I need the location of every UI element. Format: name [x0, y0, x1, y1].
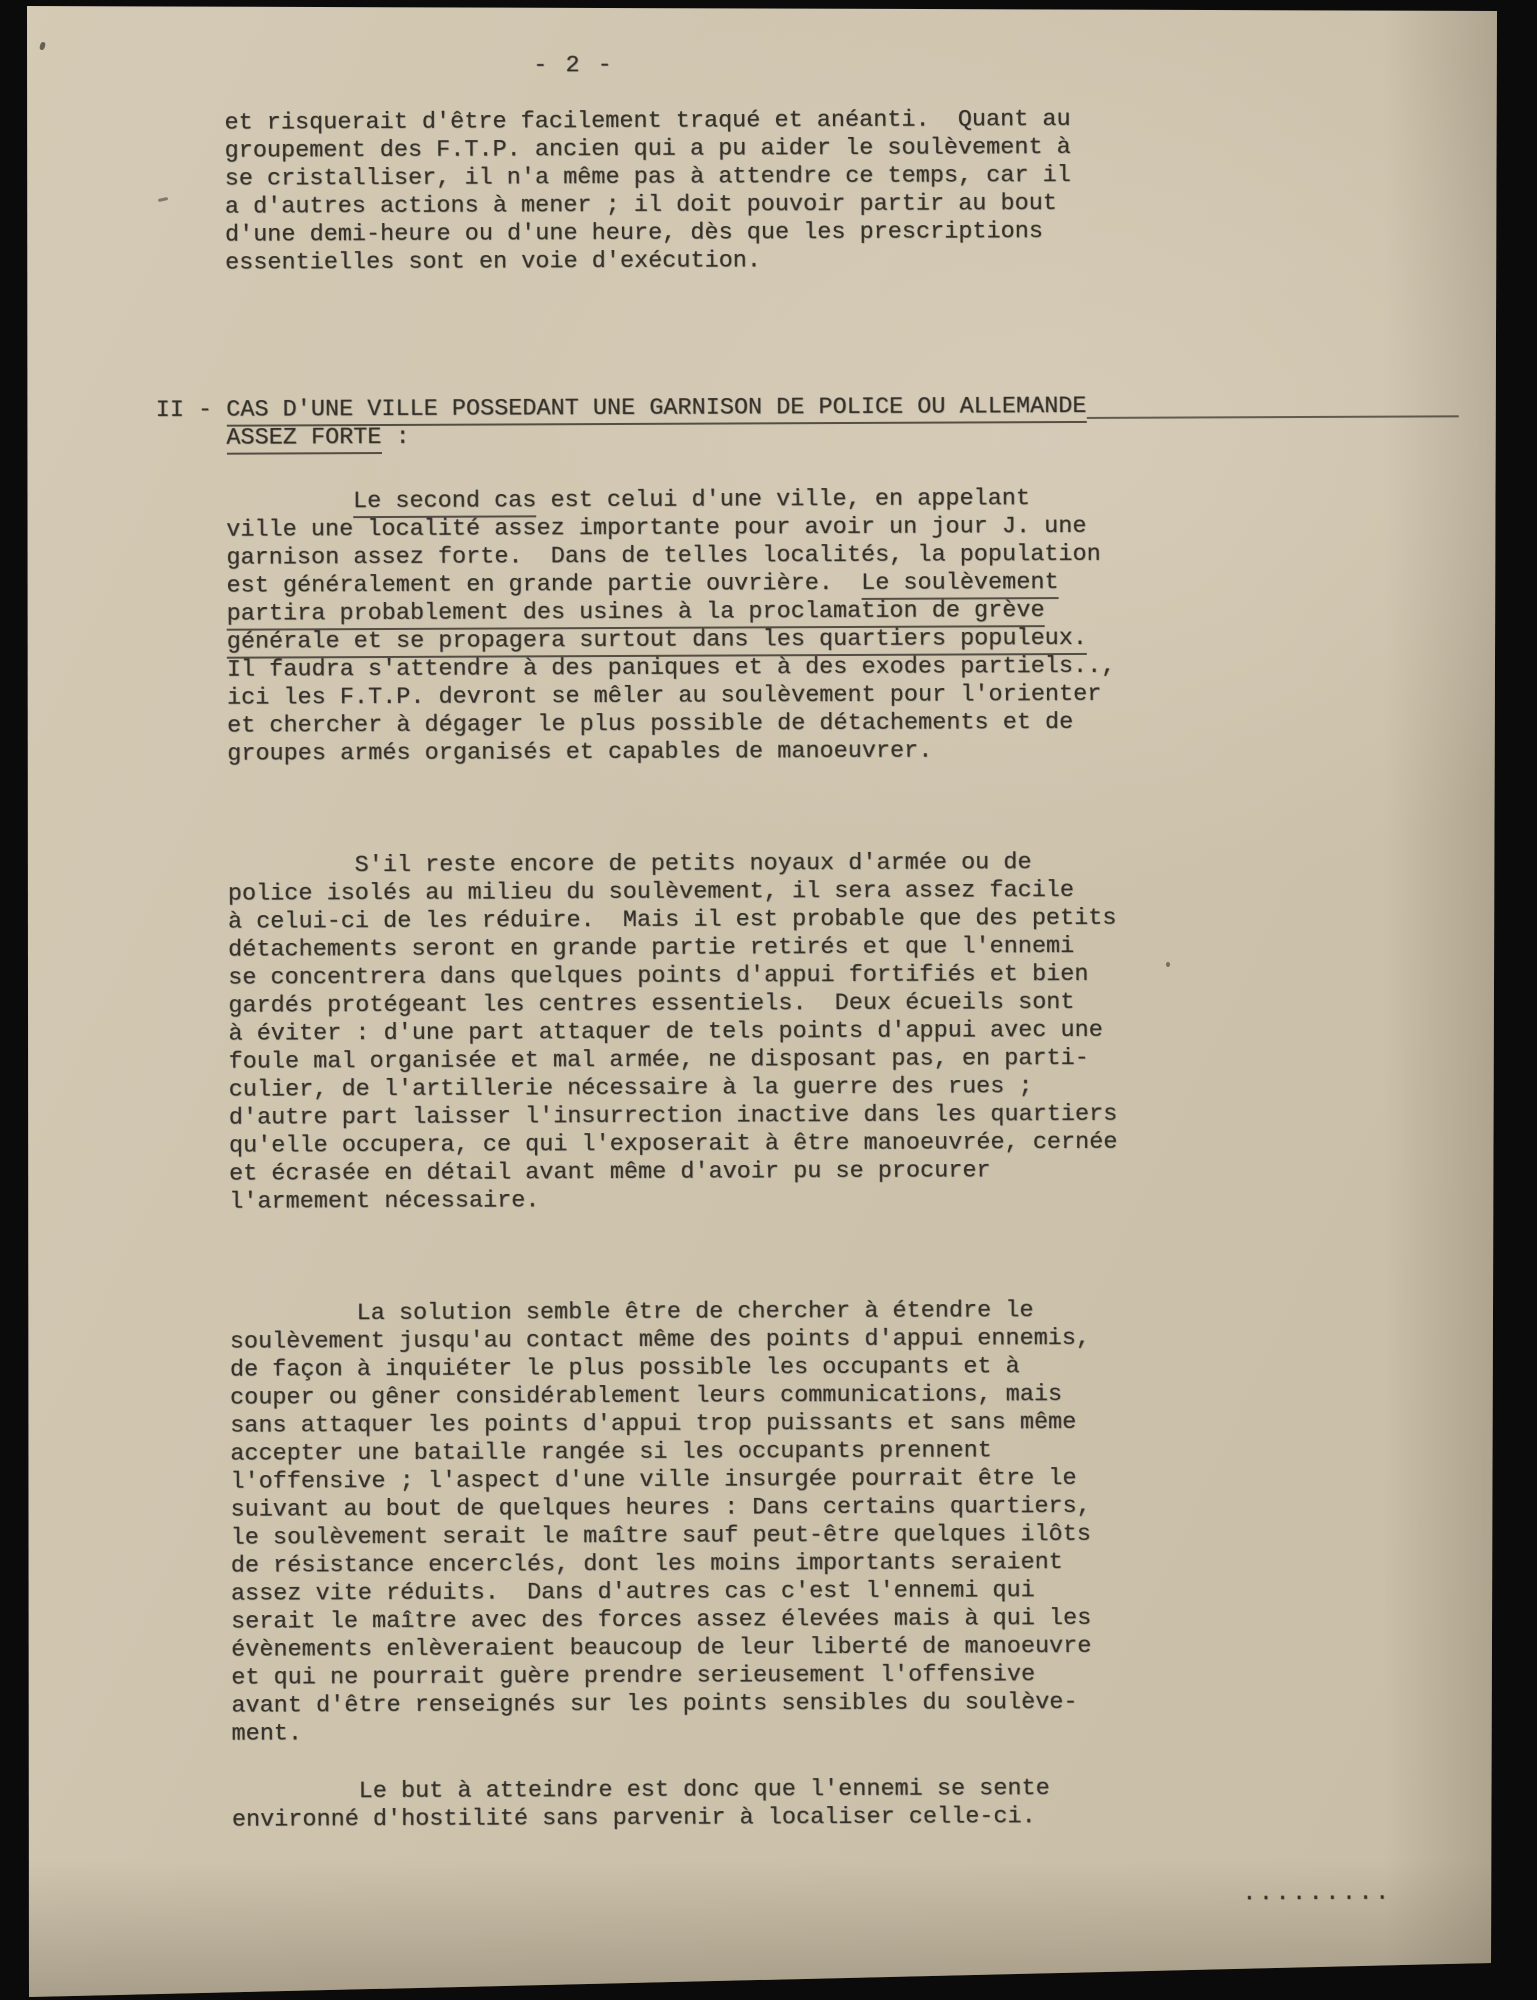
text-segment: : — [381, 424, 409, 451]
text-segment: ment. — [231, 1720, 302, 1747]
text-segment: et chercher à dégager le plus possible d… — [227, 709, 1073, 740]
text-segment: se concentrera dans quelques points d'ap… — [228, 961, 1088, 992]
text-segment: II - — [156, 397, 227, 424]
text-segment: est généralement en grande partie ouvriè… — [226, 570, 861, 600]
page-number: - 2 - — [533, 48, 1497, 80]
text-segment: qu'elle occupera, ce qui l'exposerait à … — [229, 1129, 1118, 1160]
paragraph-4: La solution semble être de chercher à ét… — [230, 1295, 1505, 1749]
section-heading: II - CAS D'UNE VILLE POSSEDANT UNE GARNI… — [156, 391, 1499, 453]
text-segment: ici les F.T.P. devront se mêler au soulè… — [227, 681, 1101, 712]
text-segment: détachements seront en grande partie ret… — [228, 933, 1074, 964]
text-segment: couper ou gêner considérablement leurs c… — [230, 1381, 1062, 1412]
text-segment: l'armement nécessaire. — [229, 1187, 539, 1215]
text-line: ASSEZ FORTE : — [156, 419, 1499, 453]
text-segment: S'il reste encore de petits noyaux d'arm… — [228, 849, 1032, 880]
text-segment: serait le maître avec des forces assez é… — [231, 1605, 1091, 1636]
text-line: groupes armés organisés et capables de m… — [227, 735, 1500, 769]
text-segment: foule mal organisée et mal armée, ne dis… — [229, 1045, 1089, 1076]
text-segment: avant d'être renseignés sur les points s… — [231, 1689, 1077, 1720]
text-line: II - CAS D'UNE VILLE POSSEDANT UNE GARNI… — [156, 391, 1499, 425]
paragraph-5: Le but à atteindre est donc que l'ennemi… — [232, 1773, 1505, 1835]
text-segment: à éviter : d'une part attaquer de tels p… — [228, 1017, 1102, 1048]
document-body: - 2 - et risquerait d'être facilement tr… — [26, 2, 1505, 1913]
paragraph-2: Le second cas est celui d'une ville, en … — [226, 483, 1500, 769]
text-segment: gardés protégeant les centres essentiels… — [228, 989, 1074, 1020]
text-segment — [226, 488, 353, 516]
text-segment: La solution semble être de chercher à ét… — [230, 1297, 1034, 1328]
text-line: essentielles sont en voie d'exécution. — [225, 244, 1498, 278]
scanned-page: - 2 - et risquerait d'être facilement tr… — [0, 0, 1537, 2000]
text-segment: essentielles sont en voie d'exécution. — [225, 247, 761, 276]
underlined-text: CAS D'UNE VILLE POSSEDANT UNE GARNISON D… — [226, 393, 1086, 427]
text-line: environné d'hostilité sans parvenir à lo… — [232, 1801, 1505, 1835]
text-segment: Le but à atteindre est donc que l'ennemi… — [232, 1775, 1050, 1806]
text-segment: Il faudra s'attendre à des paniques et à… — [227, 653, 1116, 684]
text-segment: garnison assez forte. Dans de telles loc… — [226, 541, 1100, 572]
text-segment: ville une localité assez importante pour… — [226, 513, 1086, 544]
text-segment: évènements enlèveraient beaucoup de leur… — [231, 1633, 1091, 1664]
text-segment: a d'autres actions à mener ; il doit pou… — [225, 190, 1057, 221]
text-segment: de façon à inquiéter le plus possible le… — [230, 1353, 1020, 1383]
text-segment: culier, de l'artillerie nécessaire à la … — [229, 1073, 1033, 1104]
text-segment: à celui-ci de les réduire. Mais il est p… — [228, 905, 1117, 936]
text-segment: et risquerait d'être facilement traqué e… — [224, 106, 1070, 137]
text-segment: d'une demi-heure ou d'une heure, dès que… — [225, 218, 1043, 249]
text-segment: groupement des F.T.P. ancien qui a pu ai… — [225, 134, 1071, 165]
text-segment: de résistance encerclés, dont les moins … — [231, 1549, 1063, 1580]
paragraph-1: et risquerait d'être facilement traqué e… — [224, 104, 1498, 278]
text-segment: accepter une bataille rangée si les occu… — [230, 1437, 992, 1467]
paragraph-3: S'il reste encore de petits noyaux d'arm… — [228, 847, 1503, 1217]
text-segment: le soulèvement serait le maître sauf peu… — [231, 1521, 1091, 1552]
text-segment: est celui d'une ville, en appelant — [536, 485, 1030, 514]
paragraphs-host: et risquerait d'être facilement traqué e… — [224, 104, 1505, 1835]
text-segment: d'autre part laisser l'insurrection inac… — [229, 1101, 1118, 1132]
text-segment: sans attaquer les points d'appui trop pu… — [230, 1409, 1076, 1440]
text-segment: suivant au bout de quelques heures : Dan… — [231, 1493, 1091, 1524]
text-segment: police isolés au milieu du soulèvement, … — [228, 877, 1074, 908]
text-segment: et écrasée en détail avant même d'avoir … — [229, 1157, 991, 1187]
text-segment: l'offensive ; l'aspect d'une ville insur… — [230, 1465, 1076, 1496]
text-segment: groupes armés organisés et capables de m… — [227, 738, 932, 768]
ellipsis-row: ......... — [1242, 1879, 1505, 1908]
text-line: ment. — [231, 1715, 1504, 1749]
text-line: l'armement nécessaire. — [229, 1183, 1502, 1217]
text-segment — [156, 425, 227, 452]
underlined-text: ASSEZ FORTE — [226, 424, 381, 455]
underlined-text: Le second cas — [353, 487, 536, 518]
text-segment: se cristalliser, il n'a même pas à atten… — [225, 162, 1071, 193]
text-segment: assez vite réduits. Dans d'autres cas c'… — [231, 1577, 1035, 1608]
underlined-text: Le soulèvement — [861, 569, 1059, 600]
text-segment: environné d'hostilité sans parvenir à lo… — [232, 1803, 1036, 1834]
text-segment: soulèvement jusqu'au contact même des po… — [230, 1325, 1090, 1356]
text-segment: et qui ne pourrait guère prendre serieus… — [231, 1661, 1035, 1692]
